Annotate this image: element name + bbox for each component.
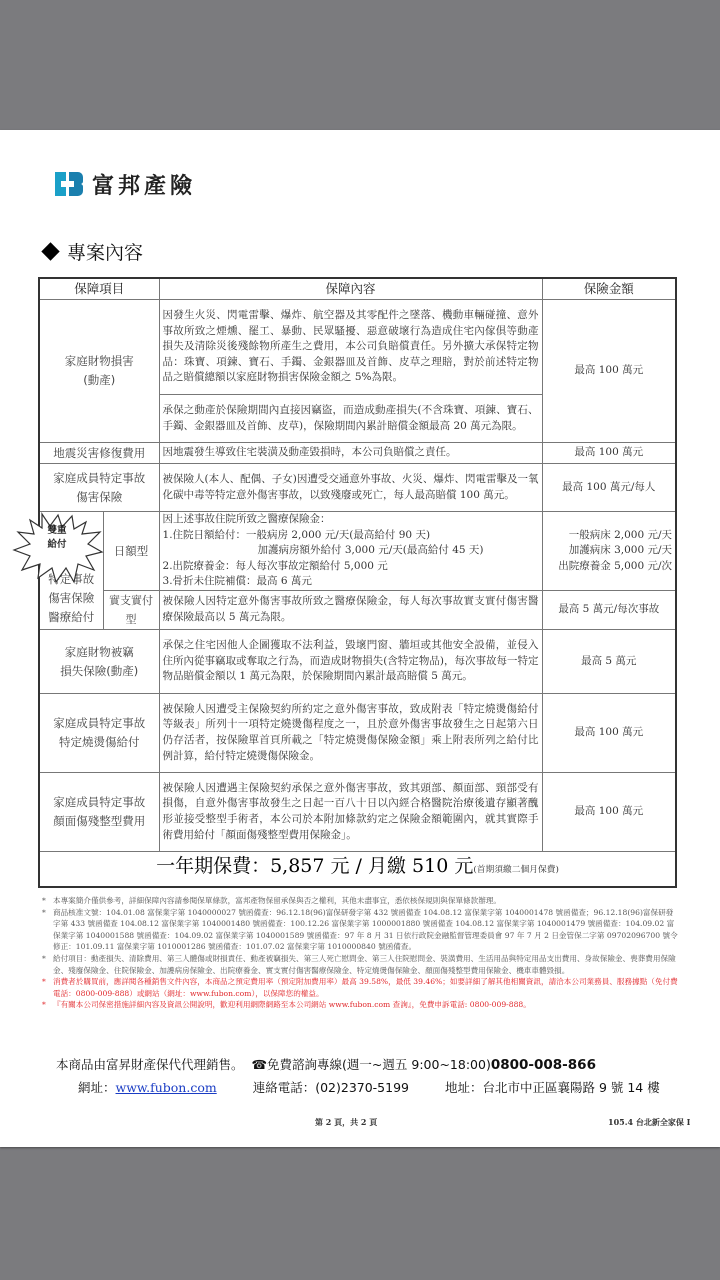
premium-cell: 一年期保費：5,857 元 / 月繳 510 元(首期須繳二個月保費) bbox=[39, 852, 676, 888]
header-amount: 保險金額 bbox=[542, 278, 676, 300]
fubon-logo-icon bbox=[52, 168, 84, 200]
footnote-privacy: *『有關本公司保密措施詳細內容及資訊公開說明，歡迎利用網際網路至本公司網站 ww… bbox=[40, 999, 680, 1011]
header-item: 保障項目 bbox=[39, 278, 159, 300]
row-desc: 被保險人因遭受主保險契約所約定之意外傷害事故，致成附表「特定燒燙傷給付等級表」所… bbox=[159, 694, 542, 773]
coverage-table: 保障項目 保障內容 保險金額 家庭財物損害 (動產) 因發生火災、閃電雷擊、爆炸… bbox=[38, 277, 677, 888]
header-content: 保障內容 bbox=[159, 278, 542, 300]
row-desc: 因發生火災、閃電雷擊、爆炸、航空器及其零配件之墜落、機動車輛碰撞、意外事故所致之… bbox=[159, 300, 542, 395]
table-row: 實支實付型 被保險人因特定意外傷害事故所致之醫療保險金，每人每次事故實支實付傷害… bbox=[39, 591, 676, 630]
premium-text: 一年期保費：5,857 元 / 月繳 510 元 bbox=[156, 855, 473, 877]
row-amount: 最高 5 萬元/每次事故 bbox=[542, 591, 676, 630]
subtype-daily: 日額型 bbox=[103, 512, 159, 591]
row-desc: 被保險人因特定意外傷害事故所致之醫療保險金，每人每次事故實支實付傷害醫療保險最高… bbox=[159, 591, 542, 630]
footnotes: *本專案簡介僅供參考，詳細保障內容請參閱保單條款，富邦產物保留承保與否之權利，其… bbox=[40, 895, 680, 1011]
footnote-warning: *消費者於購買前，應詳閱各種銷售文件內容，本商品之預定費用率（預定附加費用率）最… bbox=[40, 976, 680, 999]
row-amount: 最高 100 萬元 bbox=[542, 443, 676, 464]
table-row: 家庭成員特定事故 特定燒燙傷給付 被保險人因遭受主保險契約所約定之意外傷害事故，… bbox=[39, 694, 676, 773]
address: 台北市中正區襄陽路 9 號 14 樓 bbox=[482, 1080, 659, 1095]
hotline-label: 免費諮詢專線(週一~週五 9:00~18:00) bbox=[267, 1057, 491, 1072]
website-link[interactable]: www.fubon.com bbox=[116, 1080, 217, 1095]
row-amount: 最高 100 萬元 bbox=[542, 694, 676, 773]
premium-row: 一年期保費：5,857 元 / 月繳 510 元(首期須繳二個月保費) bbox=[39, 852, 676, 888]
subtype-reimbursement: 實支實付型 bbox=[103, 591, 159, 630]
table-row: 家庭財物損害 (動產) 因發生火災、閃電雷擊、爆炸、航空器及其零配件之墜落、機動… bbox=[39, 300, 676, 395]
row-desc: 承保之住宅因他人企圖獲取不法利益，毀壞門窗、牆垣或其他安全設備，並侵入住所內從事… bbox=[159, 630, 542, 694]
footnote: *商品核准文號：104.01.08 富保業字第 1040000027 號函備查：… bbox=[40, 907, 680, 953]
row-amount: 最高 100 萬元/每人 bbox=[542, 464, 676, 512]
table-header-row: 保障項目 保障內容 保險金額 bbox=[39, 278, 676, 300]
page-number: 第 2 頁，共 2 頁 bbox=[315, 1117, 377, 1128]
premium-note: (首期須繳二個月保費) bbox=[473, 865, 559, 875]
row-item: 家庭財物被竊 損失保險(動產) bbox=[39, 630, 159, 694]
row-desc: 因地震發生導致住宅裝潢及動產毀損時，本公司負賠償之責任。 bbox=[159, 443, 542, 464]
table-row: 地震災害修復費用 因地震發生導致住宅裝潢及動產毀損時，本公司負賠償之責任。 最高… bbox=[39, 443, 676, 464]
footnote: *本專案簡介僅供參考，詳細保障內容請參閱保單條款，富邦產物保留承保與否之權利，其… bbox=[40, 895, 680, 907]
footnote: *給付項目：動產損失、清除費用、第三人體傷或財損責任、動產被竊損失、第三人死亡慰… bbox=[40, 953, 680, 976]
row-amount: 最高 100 萬元 bbox=[542, 300, 676, 443]
section-title: 專案內容 bbox=[40, 238, 143, 265]
agent-hotline-line: 本商品由富昇財產保代代理銷售。 ☎免費諮詢專線(週一~週五 9:00~18:00… bbox=[56, 1055, 596, 1073]
row-item: 家庭財物損害 (動產) bbox=[39, 300, 159, 443]
row-amount: 最高 100 萬元 bbox=[542, 773, 676, 852]
hotline-number[interactable]: 0800-008-866 bbox=[491, 1057, 596, 1073]
document-reference: 105.4 台北新全家保 I bbox=[608, 1117, 690, 1128]
table-row: 特定事故 傷害保險 醫療給付 日額型 因上述事故住院所致之醫療保險金： 1.住院… bbox=[39, 512, 676, 591]
row-desc: 因上述事故住院所致之醫療保險金： 1.住院日額給付：一般病房 2,000 元/天… bbox=[159, 512, 542, 591]
section-title-text: 專案內容 bbox=[67, 238, 143, 265]
brand-name: 富邦產險 bbox=[92, 169, 196, 200]
row-amount: 最高 5 萬元 bbox=[542, 630, 676, 694]
table-row: 家庭成員特定事故 顏面傷殘整型費用 被保險人因遭遇主保險契約承保之意外傷害事故，… bbox=[39, 773, 676, 852]
contact-line: 網址：www.fubon.com 連絡電話：(02)2370-5199 地址：台… bbox=[78, 1078, 660, 1096]
brand-logo: 富邦產險 bbox=[52, 168, 196, 200]
row-desc: 被保險人(本人、配偶、子女)因遭受交通意外事故、火災、爆炸、閃電雷擊及一氧化碳中… bbox=[159, 464, 542, 512]
diamond-bullet-icon bbox=[41, 242, 59, 260]
table-row: 家庭財物被竊 損失保險(動產) 承保之住宅因他人企圖獲取不法利益，毀壞門窗、牆垣… bbox=[39, 630, 676, 694]
row-item: 家庭成員特定事故 特定燒燙傷給付 bbox=[39, 694, 159, 773]
row-desc: 被保險人因遭遇主保險契約承保之意外傷害事故，致其頭部、顏面部、頸部受有損傷，自意… bbox=[159, 773, 542, 852]
phone-icon: ☎ bbox=[251, 1057, 267, 1072]
row-item: 地震災害修復費用 bbox=[39, 443, 159, 464]
row-item: 家庭成員特定事故 傷害保險 bbox=[39, 464, 159, 512]
contact-phone: (02)2370-5199 bbox=[315, 1080, 409, 1095]
row-amount: 一般病床 2,000 元/天 加護病床 3,000 元/天 出院療養金 5,00… bbox=[542, 512, 676, 591]
row-item: 家庭成員特定事故 顏面傷殘整型費用 bbox=[39, 773, 159, 852]
agent-text: 本商品由富昇財產保代代理銷售。 bbox=[56, 1057, 244, 1072]
row-desc: 承保之動產於保險期間內直接因竊盜，而造成動產損失(不含珠寶、項鍊、寶石、手鐲、金… bbox=[159, 395, 542, 443]
table-row: 家庭成員特定事故 傷害保險 被保險人(本人、配偶、子女)因遭受交通意外事故、火災… bbox=[39, 464, 676, 512]
double-payout-badge: 雙重 給付 bbox=[37, 524, 77, 552]
